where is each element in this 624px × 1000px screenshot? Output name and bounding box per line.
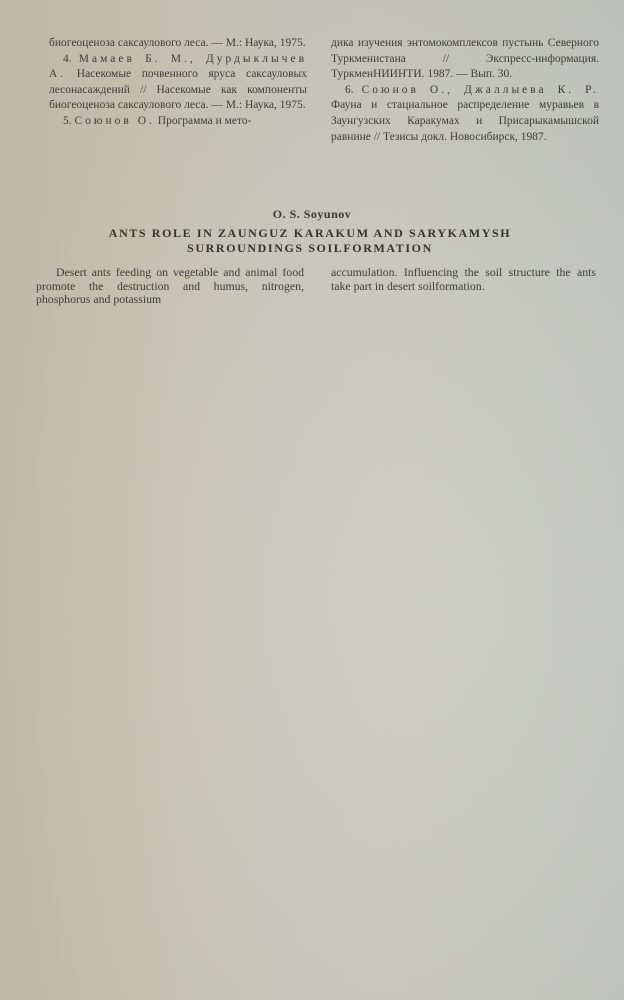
abstract-section: Desert ants feeding on vegetable and ani…: [36, 266, 596, 307]
reference-number: 5.: [49, 115, 72, 127]
reference-number: 4.: [49, 53, 72, 65]
reference-text: Насекомые почвенного яруса саксауловых л…: [49, 68, 307, 111]
abstract-right-column: accumulation. Influencing the soil struc…: [331, 266, 596, 307]
abstract-left-column: Desert ants feeding on vegetable and ani…: [36, 266, 304, 307]
reference-text: Фауна и стациальное распределение муравь…: [331, 99, 599, 142]
article-author: O. S. Soyunov: [0, 207, 624, 222]
references-left-column: биогеоценоза саксаулового леса. — М.: На…: [49, 36, 307, 145]
article-title: ANTS ROLE IN ZAUNGUZ KARAKUM AND SARYKAM…: [60, 226, 560, 256]
references-right-column: дика изучения энтомокомплексов пустынь С…: [331, 36, 599, 145]
reference-continuation: биогеоценоза саксаулового леса. — М.: На…: [49, 36, 307, 52]
reference-text: Программа и мето-: [158, 115, 252, 127]
reference-authors: Союнов О., Джаллыева К. Р.: [362, 84, 599, 96]
reference-continuation: дика изучения энтомокомплексов пустынь С…: [331, 36, 599, 83]
paper-background: [0, 0, 624, 1000]
reference-item: 4. Мамаев Б. М., Дурдыклычев А. Насекомы…: [49, 52, 307, 114]
article-title-line-2: SURROUNDINGS SOILFORMATION: [60, 241, 560, 256]
reference-item: 5. Союнов О. Программа и мето-: [49, 114, 307, 130]
reference-authors: Союнов О.: [75, 115, 155, 127]
reference-item: 6. Союнов О., Джаллыева К. Р. Фауна и ст…: [331, 83, 599, 145]
reference-number: 6.: [331, 84, 354, 96]
article-title-line-1: ANTS ROLE IN ZAUNGUZ KARAKUM AND SARYKAM…: [60, 226, 560, 241]
references-section: биогеоценоза саксаулового леса. — М.: На…: [49, 36, 599, 145]
